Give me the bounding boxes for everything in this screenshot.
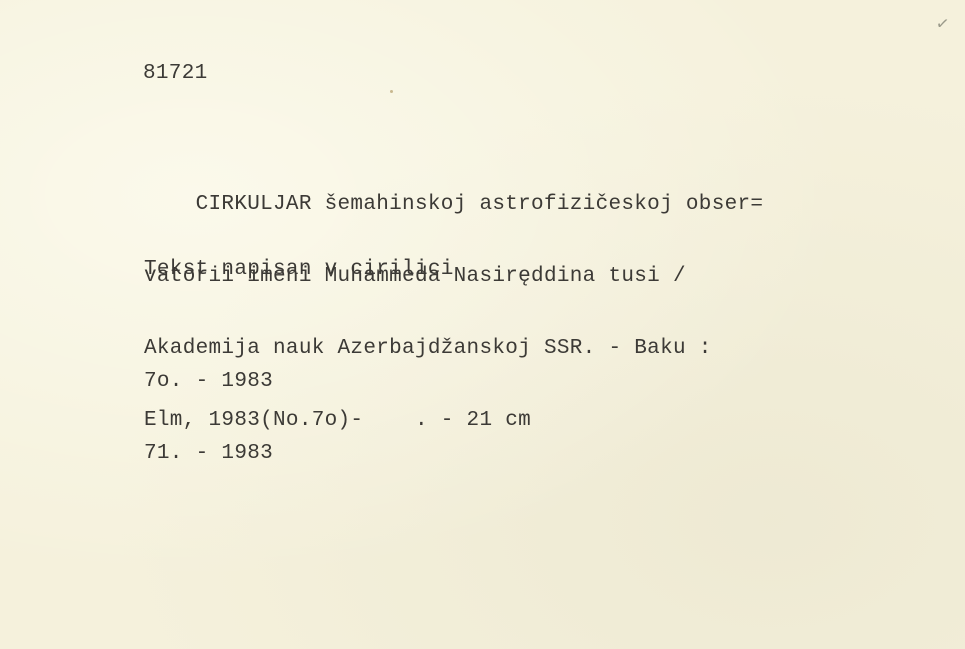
- check-mark-icon: ✓: [935, 13, 951, 34]
- accession-number: 81721: [143, 62, 208, 86]
- holding-item: 71. - 1983: [144, 442, 273, 466]
- holding-item: 7o. - 1983: [144, 370, 273, 394]
- catalog-card: 81721 ✓ CIRKULJAR šemahinskoj astrofizič…: [0, 0, 965, 649]
- entry-line: CIRKULJAR šemahinskoj astrofizičeskoj ob…: [144, 193, 763, 217]
- ink-speck: [390, 90, 393, 93]
- holdings-list: 7o. - 1983 71. - 1983: [144, 322, 273, 514]
- script-note: Tekst napisan v cirilici: [144, 258, 454, 282]
